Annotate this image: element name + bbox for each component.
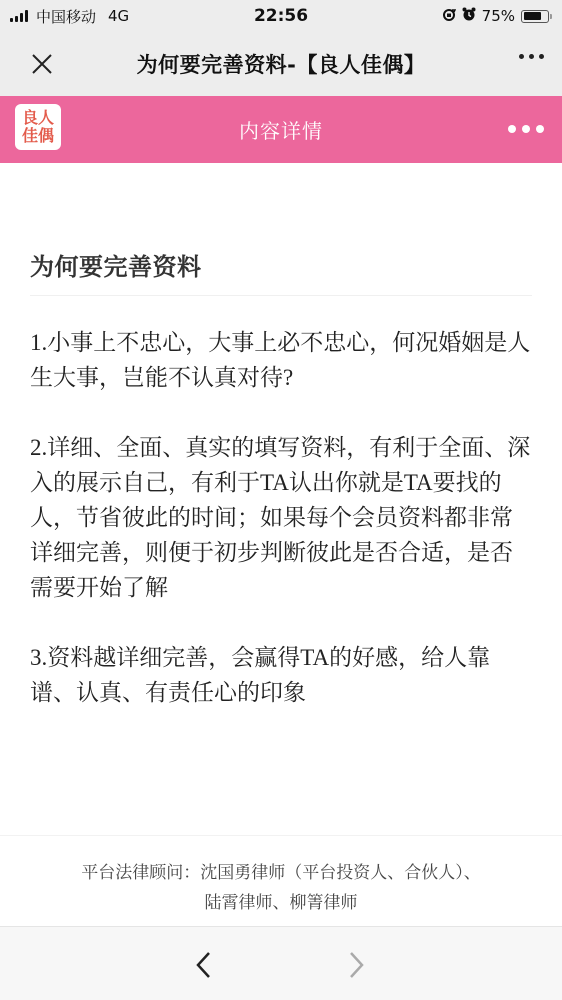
legal-footer: 平台法律顾问：沈国勇律师（平台投资人、合伙人）、 陆霄律师、柳箐律师 bbox=[0, 836, 562, 926]
browser-toolbar bbox=[0, 926, 562, 1000]
more-dots-icon bbox=[508, 125, 516, 133]
article-paragraph-1: 1.小事上不忠心，大事上必不忠心，何况婚姻是人生大事，岂能不认真对待? bbox=[30, 325, 535, 395]
article-paragraph-3: 3.资料越详细完善，会赢得TA的好感，给人靠谱、认真、有责任心的印象 bbox=[30, 640, 535, 710]
status-bar: 中国移动 4G 22:56 75% bbox=[0, 0, 562, 32]
back-button[interactable] bbox=[188, 945, 220, 985]
battery-percent: 75% bbox=[482, 7, 515, 25]
header-title: 内容详情 bbox=[239, 115, 323, 144]
more-options-button[interactable] bbox=[519, 54, 544, 59]
app-header: 良人 佳偶 内容详情 bbox=[0, 96, 562, 163]
orientation-lock-icon bbox=[442, 8, 456, 25]
status-time: 22:56 bbox=[254, 6, 308, 26]
more-icon bbox=[519, 54, 524, 59]
footer-line-2: 陆霄律师、柳箐律师 bbox=[0, 888, 562, 918]
status-left: 中国移动 4G bbox=[10, 6, 129, 27]
close-button[interactable] bbox=[26, 48, 58, 80]
page-title: 为何要完善资料-【良人佳偶】 bbox=[137, 49, 426, 79]
logo-text-line2: 佳偶 bbox=[22, 127, 54, 145]
chevron-left-icon bbox=[194, 950, 214, 980]
carrier-name: 中国移动 bbox=[36, 6, 96, 27]
title-divider bbox=[30, 295, 532, 296]
close-icon bbox=[30, 52, 54, 76]
article-content: 为何要完善资料 1.小事上不忠心，大事上必不忠心，何况婚姻是人生大事，岂能不认真… bbox=[0, 163, 562, 835]
article-body: 1.小事上不忠心，大事上必不忠心，何况婚姻是人生大事，岂能不认真对待? 2.详细… bbox=[30, 325, 535, 745]
browser-nav-bar: 为何要完善资料-【良人佳偶】 bbox=[0, 32, 562, 96]
article-title: 为何要完善资料 bbox=[30, 247, 202, 282]
network-type: 4G bbox=[108, 7, 129, 25]
phone-screen: 中国移动 4G 22:56 75% 为何要完善资料-【良人佳偶】 bbox=[0, 0, 562, 1000]
footer-line-1: 平台法律顾问：沈国勇律师（平台投资人、合伙人）、 bbox=[0, 858, 562, 888]
forward-button[interactable] bbox=[340, 945, 372, 985]
logo-text-line1: 良人 bbox=[22, 109, 54, 127]
chevron-right-icon bbox=[346, 950, 366, 980]
battery-icon bbox=[521, 10, 552, 23]
alarm-icon bbox=[462, 7, 476, 25]
app-logo[interactable]: 良人 佳偶 bbox=[15, 104, 61, 150]
signal-strength-icon bbox=[10, 10, 28, 22]
article-paragraph-2: 2.详细、全面、真实的填写资料，有利于全面、深入的展示自己，有利于TA认出你就是… bbox=[30, 430, 535, 605]
header-more-button[interactable] bbox=[508, 125, 544, 133]
status-right: 75% bbox=[442, 7, 552, 25]
